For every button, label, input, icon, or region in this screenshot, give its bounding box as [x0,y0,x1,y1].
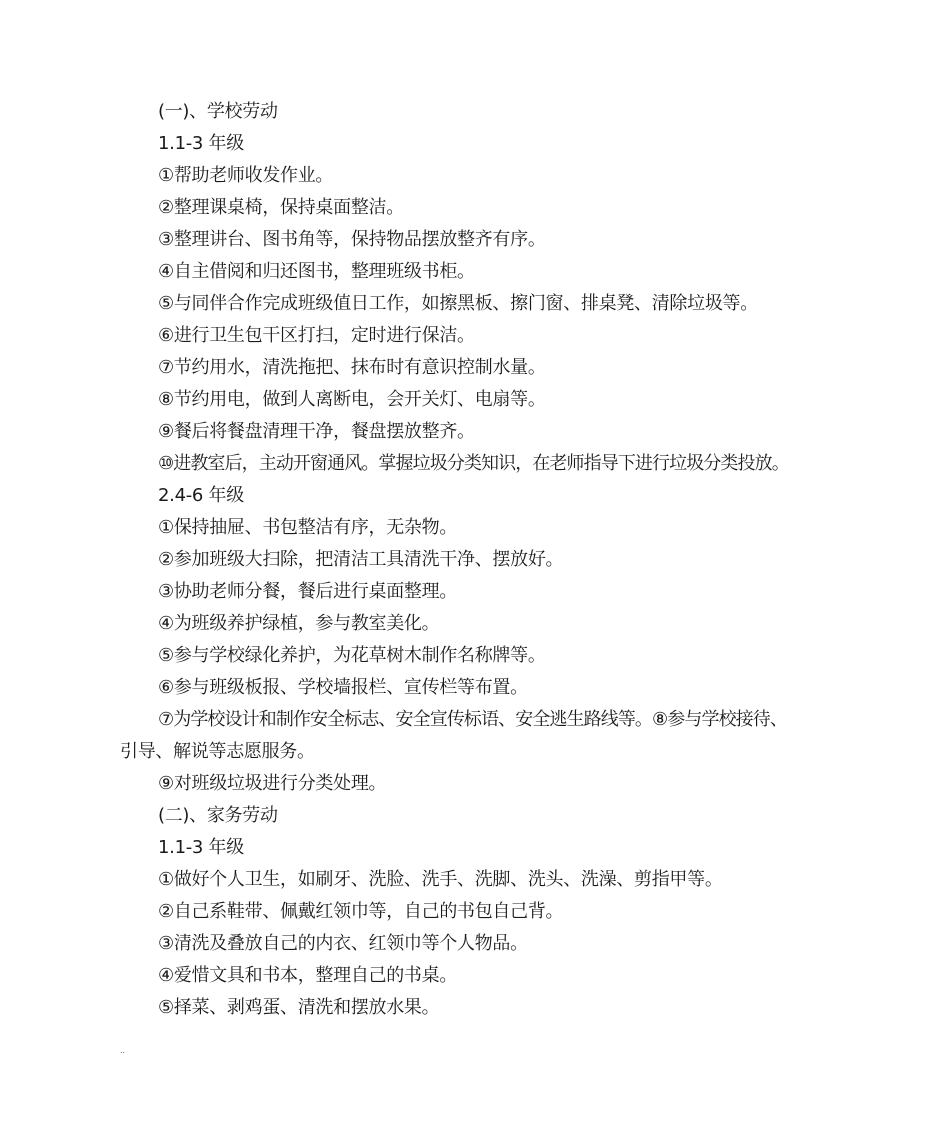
list-item: ①帮助老师收发作业。 [158,164,333,188]
list-item: ④爱惜文具和书本，整理自己的书桌。 [158,964,457,988]
list-item: ②整理课桌椅，保持桌面整洁。 [158,196,404,220]
list-item: ⑦为学校设计和制作安全标志、安全宣传标语、安全逃生路线等。⑧参与学校接待、 [158,708,787,732]
list-item: ②自己系鞋带、佩戴红领巾等，自己的书包自己背。 [158,900,563,924]
list-item: ⑥参与班级板报、学校墙报栏、宣传栏等布置。 [158,676,528,700]
subheading-grade-4-6: 2.4-6 年级 [158,484,244,508]
list-item: ③整理讲台、图书角等，保持物品摆放整齐有序。 [158,228,546,252]
list-item: ①保持抽屉、书包整洁有序，无杂物。 [158,516,457,540]
list-item: ⑨对班级垃圾进行分类处理。 [158,772,386,796]
section-heading-school-labor: (一)、学校劳动 [158,100,278,124]
subheading-grade-1-3: 1.1-3 年级 [158,132,244,156]
list-item: ⑥进行卫生包干区打扫，定时进行保洁。 [158,324,475,348]
list-item-continuation: 引导、解说等志愿服务。 [120,740,315,764]
list-item: ④为班级养护绿植，参与教室美化。 [158,612,439,636]
list-item: ⑤择菜、剥鸡蛋、清洗和摆放水果。 [158,996,439,1020]
list-item: ③协助老师分餐，餐后进行桌面整理。 [158,580,457,604]
list-item: ①做好个人卫生，如刷牙、洗脸、洗手、洗脚、洗头、洗澡、剪指甲等。 [158,868,723,892]
document-page: (一)、学校劳动 1.1-3 年级 ①帮助老师收发作业。 ②整理课桌椅，保持桌面… [0,0,945,1122]
list-item: ⑨餐后将餐盘清理干净，餐盘摆放整齐。 [158,420,475,444]
list-item: ③清洗及叠放自己的内衣、红领巾等个人物品。 [158,932,528,956]
section-heading-household-labor: (二)、家务劳动 [158,804,278,828]
list-item: ⑤与同伴合作完成班级值日工作，如擦黑板、擦门窗、排桌凳、清除垃圾等。 [158,292,758,316]
list-item: ⑤参与学校绿化养护，为花草树木制作名称牌等。 [158,644,546,668]
list-item: ⑧节约用电，做到人离断电，会开关灯、电扇等。 [158,388,546,412]
list-item: ④自主借阅和归还图书，整理班级书柜。 [158,260,475,284]
list-item: ⑦节约用水，清洗拖把、抹布时有意识控制水量。 [158,356,546,380]
footer-mark: .. [120,1046,125,1056]
list-item: ②参加班级大扫除，把清洁工具清洗干净、摆放好。 [158,548,563,572]
list-item: ⑩进教室后，主动开窗通风。掌握垃圾分类知识，在老师指导下进行垃圾分类投放。 [158,452,789,476]
subheading-grade-1-3: 1.1-3 年级 [158,836,244,860]
